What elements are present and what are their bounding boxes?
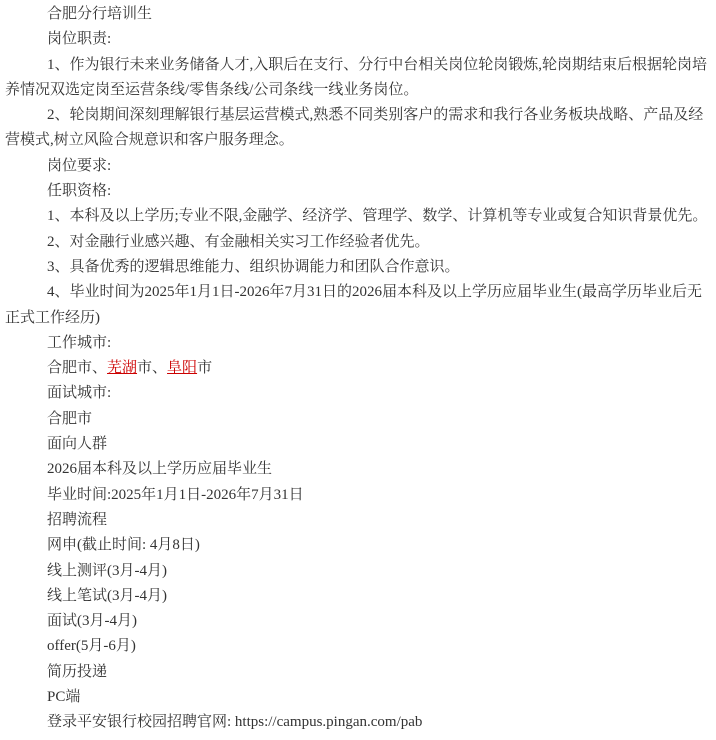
process-step-online-application: 网申(截止时间: 4月8日) [5, 533, 712, 558]
job-title: 合肥分行培训生 [5, 2, 712, 27]
audience-value: 2026届本科及以上学历应届毕业生 [5, 457, 712, 482]
responsibility-item: 1、作为银行未来业务储备人才,入职后在支行、分行中台相关岗位轮岗锻炼,轮岗期结束… [5, 53, 712, 104]
audience-heading: 面向人群 [5, 432, 712, 457]
work-cities-heading: 工作城市: [5, 331, 712, 356]
work-cities-suffix: 市 [197, 360, 212, 376]
resume-channel: PC端 [5, 685, 712, 710]
interview-city-value: 合肥市 [5, 407, 712, 432]
requirement-item: 3、具备优秀的逻辑思维能力、组织协调能力和团队合作意识。 [5, 255, 712, 280]
job-posting-document: 合肥分行培训生 岗位职责: 1、作为银行未来业务储备人才,入职后在支行、分行中台… [0, 0, 716, 740]
resume-heading: 简历投递 [5, 660, 712, 685]
process-step-online-written-test: 线上笔试(3月-4月) [5, 584, 712, 609]
requirement-item: 4、毕业时间为2025年1月1日-2026年7月31日的2026届本科及以上学历… [5, 280, 712, 331]
requirement-item: 2、对金融行业感兴趣、有金融相关实习工作经验者优先。 [5, 230, 712, 255]
work-cities-line: 合肥市、芜湖市、阜阳市 [5, 356, 712, 381]
interview-cities-heading: 面试城市: [5, 381, 712, 406]
responsibility-item: 2、轮岗期间深刻理解银行基层运营模式,熟悉不同类别客户的需求和我行各业务板块战略… [5, 103, 712, 154]
resume-instruction: 登录平安银行校园招聘官网: https://campus.pingan.com/… [5, 710, 712, 735]
graduation-window: 毕业时间:2025年1月1日-2026年7月31日 [5, 483, 712, 508]
work-city-fuyang-link[interactable]: 阜阳 [167, 360, 197, 376]
process-heading: 招聘流程 [5, 508, 712, 533]
process-step-online-assessment: 线上测评(3月-4月) [5, 559, 712, 584]
qualifications-heading: 任职资格: [5, 179, 712, 204]
work-city-wuhu-link[interactable]: 芜湖 [107, 360, 137, 376]
process-step-offer: offer(5月-6月) [5, 634, 712, 659]
process-step-interview: 面试(3月-4月) [5, 609, 712, 634]
requirement-item: 1、本科及以上学历;专业不限,金融学、经济学、管理学、数学、计算机等专业或复合知… [5, 204, 712, 229]
responsibilities-heading: 岗位职责: [5, 27, 712, 52]
requirements-heading: 岗位要求: [5, 154, 712, 179]
work-city-hefei: 合肥市、 [47, 360, 107, 376]
work-cities-separator: 市、 [137, 360, 167, 376]
